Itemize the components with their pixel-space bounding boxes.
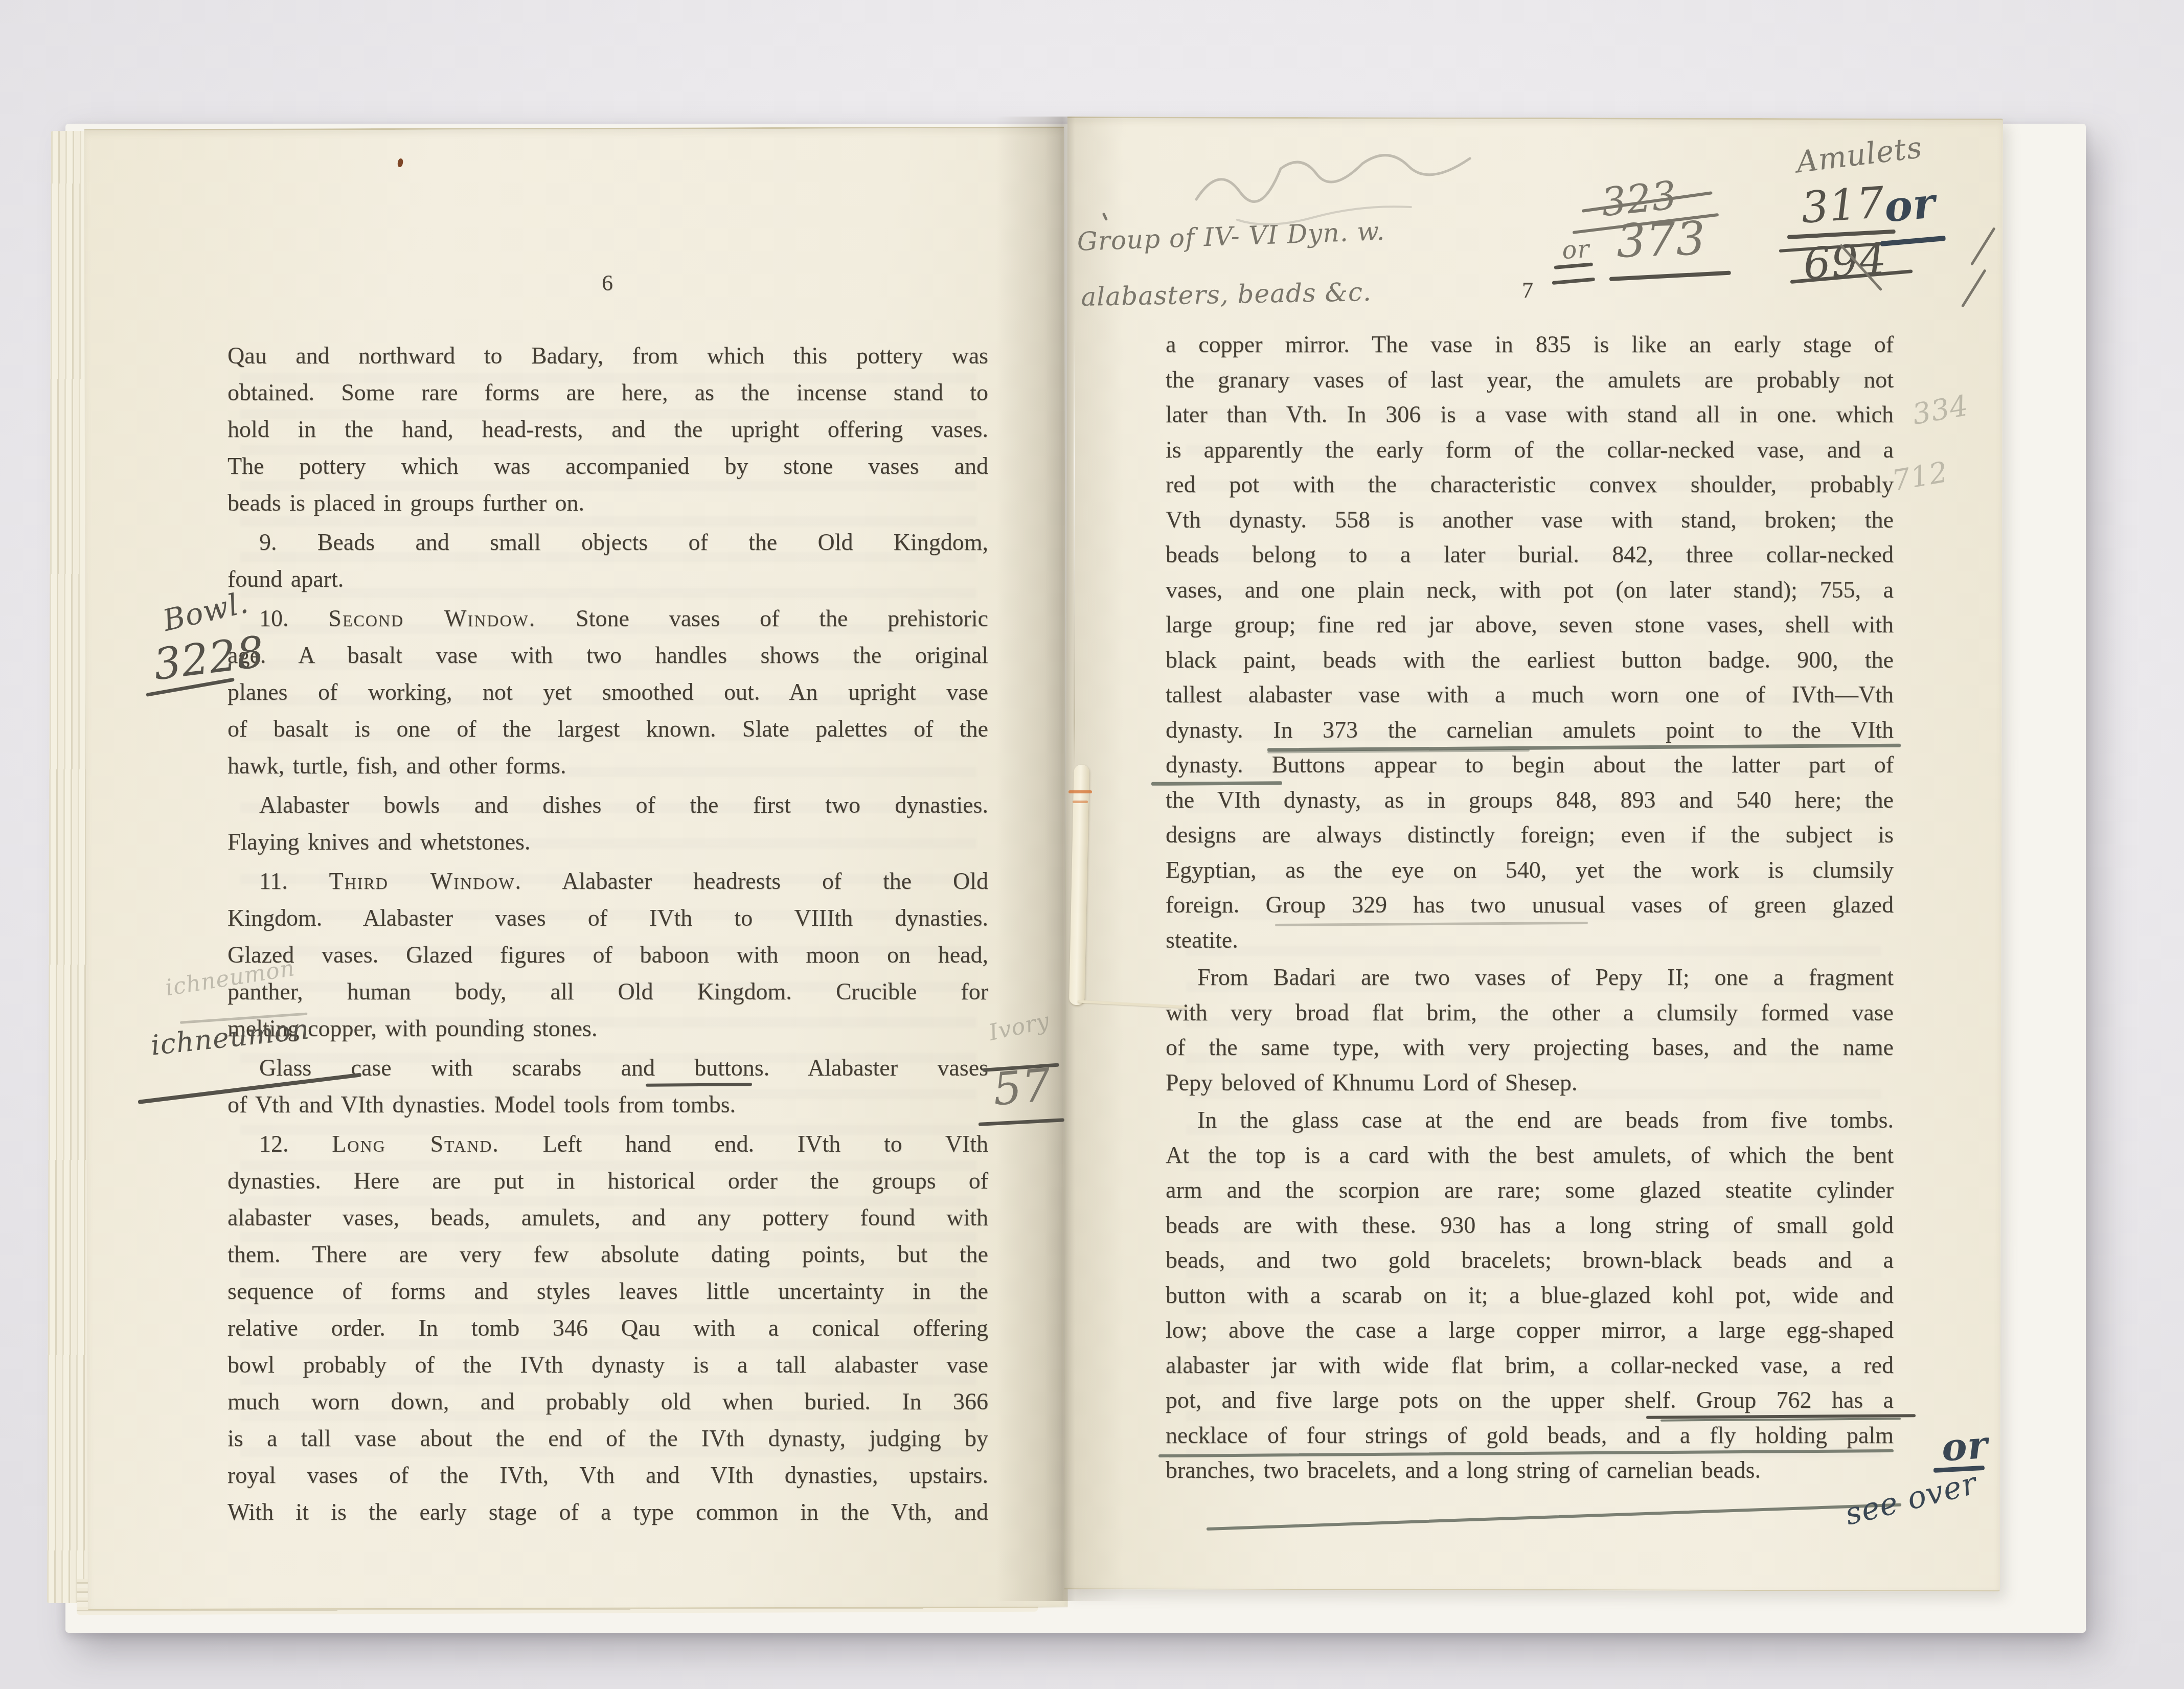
print-line: At the top is a card with the best amule… [1166,1138,1894,1173]
thread-orange-fiber [1068,790,1092,793]
page-number-right: 7 [1512,277,1543,303]
print-line: Egyptian, as the eye on 540, yet the wor… [1166,853,1894,888]
print-line: found apart. [227,561,988,598]
print-line: 10. Second Window. Stone vases of the pr… [227,600,988,637]
print-line: hold in the hand, head-rests, and the up… [227,411,988,448]
print-line: later than Vth. In 306 is a vase with st… [1166,397,1894,432]
print-line: beads are with these. 930 has a long str… [1166,1208,1894,1243]
print-line: red pot with the characteristic convex s… [1166,467,1894,503]
print-line: Alabaster bowls and dishes of the first … [227,787,988,824]
gutter-crease [1074,327,1075,767]
print-line: with very broad flat brim, the other a c… [1166,995,1894,1031]
print-line: is apparently the early form of the coll… [1166,432,1894,468]
print-line: In the glass case at the end are beads f… [1166,1103,1894,1138]
print-line: of the same type, with very projecting b… [1166,1030,1894,1065]
print-line: 12. Long Stand. Left hand end. IVth to V… [227,1126,988,1162]
print-line: steatite. [1166,923,1894,958]
print-segment: Second Window. [328,605,536,631]
print-line: 9. Beads and small objects of the Old Ki… [227,524,988,561]
print-line: hawk, turtle, fish, and other forms. [227,747,988,784]
print-line: bowl probably of the IVth dynasty is a t… [227,1346,988,1383]
print-line: arm and the scorpion are rare; some glaz… [1166,1173,1894,1208]
print-line: Kingdom. Alabaster vases of IVth to VIII… [227,900,988,937]
print-line: Glazed vases. Glazed figures of baboon w… [227,937,988,973]
print-line: branches, two bracelets, and a long stri… [1166,1453,1894,1488]
print-line: beads belong to a later burial. 842, thr… [1166,537,1894,573]
print-line: With it is the early stage of a type com… [227,1494,988,1531]
print-line: 11. Third Window. Alabaster headrests of… [227,863,988,900]
print-line: the VIth dynasty, as in groups 848, 893 … [1166,783,1894,818]
print-line: alabaster jar with wide flat brim, a col… [1166,1348,1894,1383]
print-line: button with a scarab on it; a blue-glaze… [1166,1278,1894,1313]
text-column-left: Qau and northward to Badary, from which … [227,337,988,1531]
print-line: dynasties. Here are put in historical or… [227,1162,988,1199]
photo-background: 6 7 Qau and northward to Badary, from wh… [0,0,2184,1689]
print-line: age. A basalt vase with two handles show… [227,637,988,674]
print-line: Glass case with scarabs and buttons. Ala… [227,1049,988,1086]
print-line: obtained. Some rare forms are here, as t… [227,374,988,411]
print-line: sequence of forms and styles leaves litt… [227,1273,988,1310]
print-line: designs are always distinctly foreign; e… [1166,817,1894,853]
print-line: low; above the case a large copper mirro… [1166,1313,1894,1348]
print-segment: Alabaster headrests of the Old [522,868,988,894]
print-line: The pottery which was accompanied by sto… [227,448,988,485]
print-line: the granary vases of last year, the amul… [1166,362,1894,398]
print-line: a copper mirror. The vase in 835 is like… [1166,327,1894,362]
print-line: beads is placed in groups further on. [227,485,988,521]
print-line: melting copper, with pounding stones. [227,1010,988,1047]
print-line: beads, and two gold bracelets; brown-bla… [1166,1243,1894,1278]
print-line: necklace of four strings of gold beads, … [1166,1418,1894,1453]
print-segment: Third Window. [329,868,522,894]
thread-orange-fiber [1073,801,1088,803]
print-line: them. There are very few absolute dating… [227,1236,988,1273]
print-segment: Stone vases of the prehistoric [536,605,988,631]
print-line: planes of working, not yet smoothed out.… [227,674,988,711]
print-line: Pepy beloved of Khnumu Lord of Shesep. [1166,1065,1894,1101]
print-line: foreign. Group 329 has two unusual vases… [1166,887,1894,923]
print-line: of basalt is one of the largest known. S… [227,711,988,747]
print-segment: Left hand end. IVth to VIth [499,1131,988,1157]
print-line: of Vth and VIth dynasties. Model tools f… [227,1086,988,1123]
print-segment: Long Stand. [332,1131,499,1157]
print-line: black paint, beads with the earliest but… [1166,643,1894,678]
print-line: From Badari are two vases of Pepy II; on… [1166,960,1894,995]
print-line: Flaying knives and whetstones. [227,824,988,860]
print-segment: 10. [259,605,328,631]
print-line: alabaster vases, beads, amulets, and any… [227,1199,988,1236]
print-line: Qau and northward to Badary, from which … [227,337,988,374]
print-line: relative order. In tomb 346 Qau with a c… [227,1310,988,1346]
text-column-right: a copper mirror. The vase in 835 is like… [1166,327,1894,1488]
print-line: dynasty. Buttons appear to begin about t… [1166,747,1894,783]
print-line: Vth dynasty. 558 is another vase with st… [1166,503,1894,538]
print-segment: 11. [259,868,329,894]
pencil-scribble [1176,123,1534,256]
page-number-left: 6 [592,270,623,296]
print-line: royal vases of the IVth, Vth and VIth dy… [227,1457,988,1494]
print-line: panther, human body, all Old Kingdom. Cr… [227,973,988,1010]
print-line: large group; fine red jar above, seven s… [1166,607,1894,643]
print-line: tallest alabaster vase with a much worn … [1166,677,1894,713]
print-line: much worn down, and probably old when bu… [227,1383,988,1420]
print-line: vases, and one plain neck, with pot (on … [1166,573,1894,608]
print-segment: 12. [259,1131,332,1157]
print-line: dynasty. In 373 the carnelian amulets po… [1166,713,1894,748]
print-line: pot, and five large pots on the upper sh… [1166,1383,1894,1418]
print-line: is a tall vase about the end of the IVth… [227,1420,988,1457]
